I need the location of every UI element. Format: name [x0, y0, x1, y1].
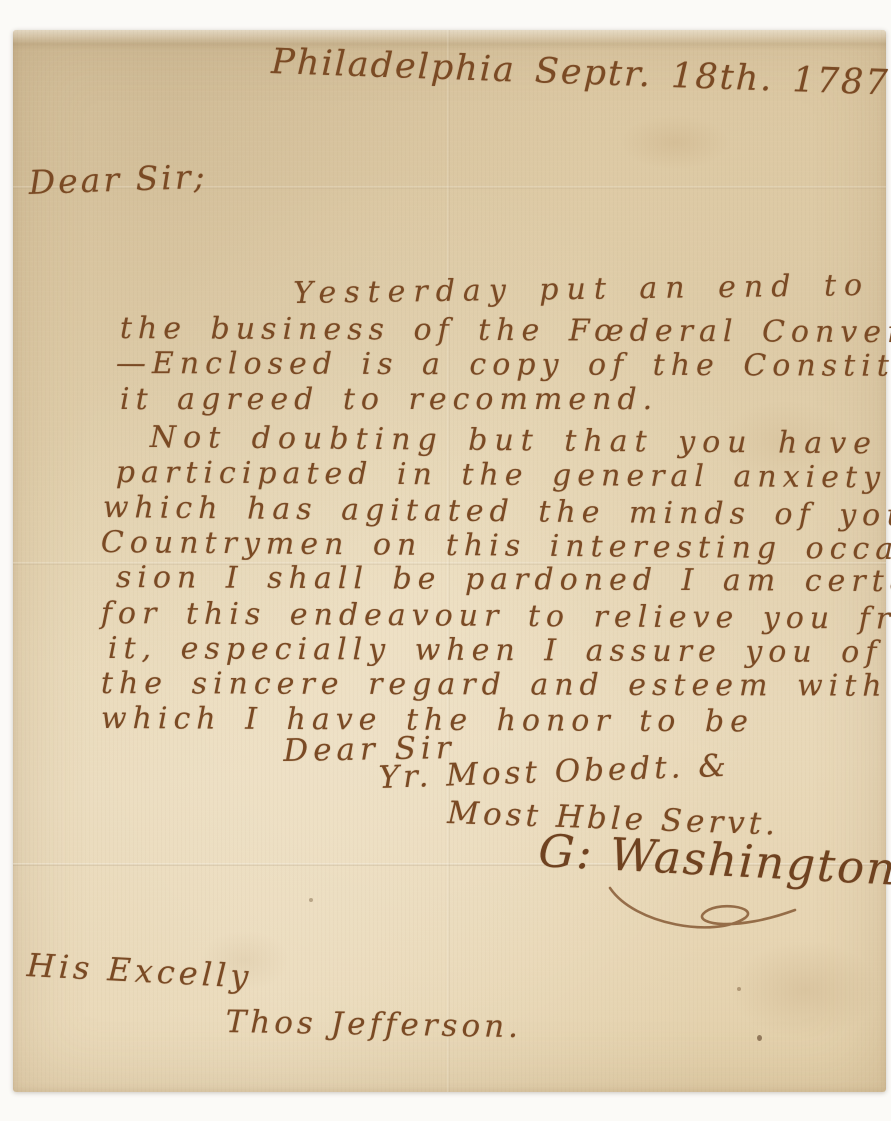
body-line: it, especially when I assure you of: [108, 631, 883, 670]
body-line: the business of the Fœderal Convention: [120, 311, 891, 351]
body-line: it agreed to recommend.: [120, 382, 658, 417]
addressee-line: Thos Jefferson.: [225, 1004, 522, 1045]
body-line: the sincere regard and esteem with: [101, 666, 888, 704]
body-line: —Enclosed is a copy of the Constitution: [116, 346, 891, 384]
salutation: Dear Sir;: [28, 157, 208, 202]
body-line: sion I shall be pardoned I am certain: [116, 560, 891, 599]
body-line: participated in the general anxiety: [116, 455, 886, 495]
document-scan: Philadelphia Septr. 18th. 1787. Dear Sir…: [0, 0, 891, 1121]
